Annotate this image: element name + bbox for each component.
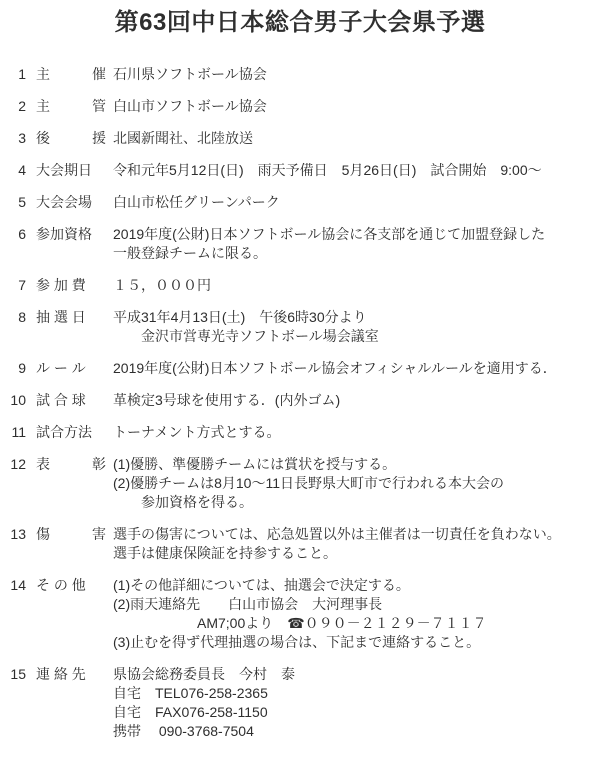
document-page: 第63回中日本総合男子大会県予選 1 主 催 石川県ソフトボール協会 2 主 管… <box>0 0 600 778</box>
list-item-1-shusai: 1 主 催 石川県ソフトボール協会 <box>0 65 600 84</box>
item-number: 14 <box>0 576 26 595</box>
item-content: 県協会総務委員長 今村 泰 自宅 TEL076-258-2365 自宅 FAX0… <box>113 665 600 741</box>
content-line-tel: 自宅 TEL076-258-2365 <box>113 684 600 703</box>
item-label: 主 催 <box>36 65 113 84</box>
list-item-9-rule: 9 ル ー ル 2019年度(公財)日本ソフトボール協会オフィシャルルールを適用… <box>0 359 600 378</box>
list-item-2-shukan: 2 主 管 白山市ソフトボール協会 <box>0 97 600 116</box>
item-label: ル ー ル <box>36 359 113 378</box>
list-item-8-chusenbi: 8 抽 選 日 平成31年4月13日(土) 午後6時30分より 金沢市営専光寺ソ… <box>0 308 600 346</box>
content-line: 石川県ソフトボール協会 <box>113 65 600 84</box>
content-line: 革検定3号球を使用する．(内外ゴム) <box>113 391 600 410</box>
list-item-11-shiai-hoho: 11 試合方法 トーナメント方式とする。 <box>0 423 600 442</box>
content-line: (2)雨天連絡先 白山市協会 大河理事長 <box>113 595 600 614</box>
item-content: トーナメント方式とする。 <box>113 423 600 442</box>
content-line: (1)その他詳細については、抽選会で決定する。 <box>113 576 600 595</box>
item-label: 大会期日 <box>36 161 113 180</box>
item-content: 白山市松任グリーンパーク <box>113 193 600 212</box>
item-number: 8 <box>0 308 26 327</box>
content-line: 県協会総務委員長 今村 泰 <box>113 665 600 684</box>
item-content: 令和元年5月12日(日) 雨天予備日 5月26日(日) 試合開始 9:00～ <box>113 161 600 180</box>
content-line: 2019年度(公財)日本ソフトボール協会オフィシャルルールを適用する． <box>113 359 600 378</box>
list-item-5-taikai-kaijo: 5 大会会場 白山市松任グリーンパーク <box>0 193 600 212</box>
list-item-7-sankahi: 7 参 加 費 １５，０００円 <box>0 276 600 295</box>
content-line-with-phone-icon: AM7;00より ☎０９０－２１２９－７１１７ <box>113 614 600 633</box>
item-label: そ の 他 <box>36 576 113 595</box>
list-item-10-shiaikyu: 10 試 合 球 革検定3号球を使用する．(内外ゴム) <box>0 391 600 410</box>
list-item-6-sanka-shikaku: 6 参加資格 2019年度(公財)日本ソフトボール協会に各支部を通じて加盟登録し… <box>0 225 600 263</box>
list-item-14-sonota: 14 そ の 他 (1)その他詳細については、抽選会で決定する。 (2)雨天連絡… <box>0 576 600 652</box>
content-line: トーナメント方式とする。 <box>113 423 600 442</box>
list-item-15-renrakusaki: 15 連 絡 先 県協会総務委員長 今村 泰 自宅 TEL076-258-236… <box>0 665 600 741</box>
item-content: 石川県ソフトボール協会 <box>113 65 600 84</box>
numbered-item-list: 1 主 催 石川県ソフトボール協会 2 主 管 白山市ソフトボール協会 3 後 … <box>0 65 600 741</box>
content-line: 平成31年4月13日(土) 午後6時30分より <box>113 308 600 327</box>
item-label: 抽 選 日 <box>36 308 113 327</box>
content-line: １５，０００円 <box>113 276 600 295</box>
item-content: 革検定3号球を使用する．(内外ゴム) <box>113 391 600 410</box>
item-content: 平成31年4月13日(土) 午後6時30分より 金沢市営専光寺ソフトボール場会議… <box>113 308 600 346</box>
item-number: 3 <box>0 129 26 148</box>
item-label: 参 加 費 <box>36 276 113 295</box>
document-title: 第63回中日本総合男子大会県予選 <box>0 8 600 38</box>
content-line: 2019年度(公財)日本ソフトボール協会に各支部を通じて加盟登録した <box>113 225 600 244</box>
item-number: 10 <box>0 391 26 410</box>
list-item-13-shogai: 13 傷 害 選手の傷害については、応急処置以外は主催者は一切責任を負わない。 … <box>0 525 600 563</box>
item-number: 6 <box>0 225 26 244</box>
content-line: 北國新聞社、北陸放送 <box>113 129 600 148</box>
item-number: 13 <box>0 525 26 544</box>
item-number: 5 <box>0 193 26 212</box>
list-item-4-taikai-kijitsu: 4 大会期日 令和元年5月12日(日) 雨天予備日 5月26日(日) 試合開始 … <box>0 161 600 180</box>
content-line: (1)優勝、準優勝チームには賞状を授与する。 <box>113 455 600 474</box>
item-number: 4 <box>0 161 26 180</box>
item-label: 後 援 <box>36 129 113 148</box>
content-line: 一般登録チームに限る。 <box>113 244 600 263</box>
item-label: 試 合 球 <box>36 391 113 410</box>
item-content: 白山市ソフトボール協会 <box>113 97 600 116</box>
content-line: 選手の傷害については、応急処置以外は主催者は一切責任を負わない。 <box>113 525 600 544</box>
list-item-12-hyosho: 12 表 彰 (1)優勝、準優勝チームには賞状を授与する。 (2)優勝チームは8… <box>0 455 600 512</box>
item-content: １５，０００円 <box>113 276 600 295</box>
item-label: 参加資格 <box>36 225 113 244</box>
content-line: 選手は健康保険証を持参すること。 <box>113 544 600 563</box>
content-line-mobile: 携帯 090-3768-7504 <box>113 722 600 741</box>
content-line: 参加資格を得る。 <box>113 493 600 512</box>
content-line: (2)優勝チームは8月10～11日長野県大町市で行われる本大会の <box>113 474 600 493</box>
content-line: 白山市ソフトボール協会 <box>113 97 600 116</box>
content-line-fax: 自宅 FAX076-258-1150 <box>113 703 600 722</box>
item-number: 9 <box>0 359 26 378</box>
list-item-3-koen: 3 後 援 北國新聞社、北陸放送 <box>0 129 600 148</box>
item-content: 2019年度(公財)日本ソフトボール協会オフィシャルルールを適用する． <box>113 359 600 378</box>
item-label: 大会会場 <box>36 193 113 212</box>
content-line: 金沢市営専光寺ソフトボール場会議室 <box>113 327 600 346</box>
item-label: 主 管 <box>36 97 113 116</box>
item-content: 選手の傷害については、応急処置以外は主催者は一切責任を負わない。 選手は健康保険… <box>113 525 600 563</box>
content-line: (3)止むを得ず代理抽選の場合は、下記まで連絡すること。 <box>113 633 600 652</box>
content-line: 令和元年5月12日(日) 雨天予備日 5月26日(日) 試合開始 9:00～ <box>113 161 600 180</box>
item-label: 表 彰 <box>36 455 113 474</box>
item-number: 7 <box>0 276 26 295</box>
item-number: 15 <box>0 665 26 684</box>
item-number: 11 <box>0 423 26 442</box>
item-number: 12 <box>0 455 26 474</box>
item-number: 1 <box>0 65 26 84</box>
item-label: 連 絡 先 <box>36 665 113 684</box>
item-content: 2019年度(公財)日本ソフトボール協会に各支部を通じて加盟登録した 一般登録チ… <box>113 225 600 263</box>
item-content: (1)その他詳細については、抽選会で決定する。 (2)雨天連絡先 白山市協会 大… <box>113 576 600 652</box>
item-content: (1)優勝、準優勝チームには賞状を授与する。 (2)優勝チームは8月10～11日… <box>113 455 600 512</box>
item-content: 北國新聞社、北陸放送 <box>113 129 600 148</box>
content-line: 白山市松任グリーンパーク <box>113 193 600 212</box>
item-label: 試合方法 <box>36 423 113 442</box>
item-number: 2 <box>0 97 26 116</box>
item-label: 傷 害 <box>36 525 113 544</box>
